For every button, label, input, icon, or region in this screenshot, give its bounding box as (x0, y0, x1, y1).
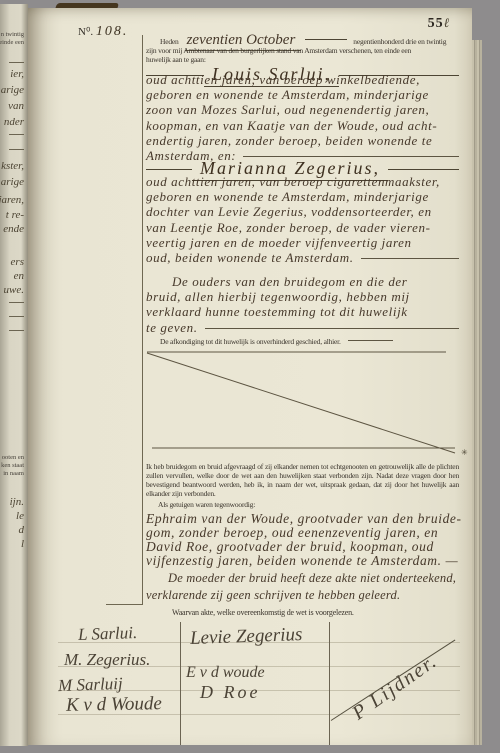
facing-text-fragment: en (14, 270, 24, 282)
facing-text-fragment: kster, (1, 160, 24, 172)
facing-text-fragment: arige (1, 84, 24, 96)
handwritten-line: zoon van Mozes Sarlui, oud negenendertig… (146, 102, 459, 117)
handwritten-text: oud, beiden wonende te Amsterdam. (146, 250, 354, 265)
facing-text-fragment: ende (3, 223, 24, 235)
facing-rule-fragment (9, 149, 24, 150)
handwritten-text: oud achttien jaren, van beroep winkelbed… (146, 72, 420, 87)
header-line2: zijn voor mij Ambtenaar van den burgerli… (146, 46, 459, 55)
handwritten-line: endertig jaren, zonder beroep, beiden wo… (146, 133, 459, 148)
handwritten-text: te geven. (146, 320, 198, 335)
facing-text-fragment: einde een (0, 39, 24, 46)
facing-rule-fragment (9, 330, 24, 331)
facing-text-fragment: uwe. (4, 284, 24, 296)
consent-statement: De ouders van den bruidegom en die der b… (146, 274, 459, 335)
facing-text-fragment: n twintig (1, 31, 24, 38)
facing-text-fragment: ken staat (1, 462, 24, 469)
handwritten-line: veertig jaren en de moeder vijfenveertig… (146, 235, 459, 250)
handwritten-text: dochter van Levie Zegerius, voddensortee… (146, 204, 432, 219)
witnesses-details: Ephraim van der Woude, grootvader van de… (146, 512, 459, 568)
handwritten-line: oud achttien jaren, van beroep winkelbed… (146, 72, 459, 87)
handwritten-text: De moeder der bruid heeft deze akte niet… (146, 570, 456, 587)
handwritten-text: gom, zonder beroep, oud eenenzeventig ja… (146, 526, 438, 540)
handwritten-text: veertig jaren en de moeder vijfenveertig… (146, 235, 412, 250)
signature-father-bride: Levie Zegerius (190, 624, 303, 650)
header-line3: huwelijk aan te gaan: (146, 55, 459, 64)
rule-segment (348, 340, 393, 341)
handwritten-line: van Leentje Roe, zonder beroep, de vader… (146, 220, 459, 235)
handwritten-line: geboren en wonende te Amsterdam, minderj… (146, 87, 459, 102)
stacked-pages-edge (472, 40, 482, 745)
handwritten-text: geboren en wonende te Amsterdam, minderj… (146, 87, 429, 102)
handwritten-line: Ephraim van der Woude, grootvader van de… (146, 512, 459, 526)
act-number-label: N⁰. (78, 26, 93, 38)
facing-page-edge: n twintig einde een ier, arige van nder … (0, 4, 28, 746)
rule-segment (146, 169, 192, 170)
handwritten-text: David Roe, grootvader der bruid, koopman… (146, 540, 434, 554)
banns-line: De afkondiging tot dit huwelijk is onver… (146, 337, 459, 346)
facing-rule-fragment (9, 302, 24, 303)
handwritten-line: dochter van Levie Zegerius, voddensortee… (146, 204, 459, 219)
handwritten-text: vijfenzestig jaren, beiden wonende te Am… (146, 554, 458, 568)
vows-paragraph: Ik heb bruidegom en bruid afgevraagd of … (146, 462, 459, 498)
bride-details: oud achttien jaren, van beroep cigarette… (146, 174, 459, 265)
handwritten-text: bruid, allen hierbij tegenwoordig, hebbe… (146, 289, 410, 304)
handwritten-text: zoon van Mozes Sarlui, oud negenendertig… (146, 102, 429, 117)
void-cross-out (143, 346, 463, 460)
facing-text-fragment: in naam (3, 470, 24, 477)
handwritten-line: vijfenzestig jaren, beiden wonende te Am… (146, 554, 459, 568)
facing-rule-fragment (9, 62, 24, 63)
form-margin-rule-bottom (106, 604, 143, 605)
facing-text-fragment: le (16, 510, 24, 522)
mother-note: De moeder der bruid heeft deze akte niet… (146, 570, 459, 603)
rule-segment (388, 169, 459, 170)
closing-line: Waarvan akte, welke overeenkomstig de we… (146, 608, 485, 617)
handwritten-text: geboren en wonende te Amsterdam, minderj… (146, 189, 429, 204)
void-asterisk: ✳ (461, 448, 468, 457)
act-number-value: 108. (96, 24, 129, 39)
header-year: negentienhonderd drie en twintig (353, 37, 446, 46)
handwritten-line: De ouders van den bruidegom en die der (146, 274, 459, 289)
witnesses-intro: Als getuigen waren tegenwoordig: (146, 500, 471, 509)
facing-text-fragment: ers (11, 256, 24, 268)
facing-text-fragment: arige (1, 176, 24, 188)
handwritten-line: verklarende zij geen schrijven te hebben… (146, 587, 459, 604)
signature-groom: L Sarlui. (78, 623, 138, 645)
handwritten-text: endertig jaren, zonder beroep, beiden wo… (146, 133, 432, 148)
signature-mother-groom: K v d Woude (66, 693, 162, 717)
handwritten-line: te geven. (146, 320, 459, 335)
signature-bride: M. Zegerius. (64, 650, 150, 670)
handwritten-text: van Leentje Roe, zonder beroep, de vader… (146, 220, 431, 235)
facing-text-fragment: ijn. (10, 496, 24, 508)
handwritten-line: verklaard hunne toestemming tot dit huwe… (146, 304, 459, 319)
handwritten-text: De ouders van den bruidegom en die der (146, 274, 407, 289)
handwritten-line: gom, zonder beroep, oud eenenzeventig ja… (146, 526, 459, 540)
groom-details: oud achttien jaren, van beroep winkelbed… (146, 72, 459, 163)
handwritten-line: geboren en wonende te Amsterdam, minderj… (146, 189, 459, 204)
document-page: 55ℓ N⁰. 108. Heden zeventien October neg… (28, 8, 472, 745)
facing-text-fragment: d (19, 524, 25, 536)
handwritten-line: koopman, en van Kaatje van der Woude, ou… (146, 118, 459, 133)
facing-text-fragment: jaren, (0, 194, 24, 206)
facing-text-fragment: l (21, 538, 24, 550)
facing-rule-fragment (9, 316, 24, 317)
handwritten-line: David Roe, grootvader der bruid, koopman… (146, 540, 459, 554)
handwritten-text: koopman, en van Kaatje van der Woude, ou… (146, 118, 437, 133)
signature-witness-woude: E v d woude (186, 664, 265, 682)
facing-text-fragment: ier, (10, 68, 24, 80)
handwritten-line: De moeder der bruid heeft deze akte niet… (146, 570, 459, 587)
facing-text-fragment: nder (4, 116, 24, 128)
photo-background: n twintig einde een ier, arige van nder … (0, 0, 500, 753)
form-margin-rule (142, 35, 143, 604)
rule-segment (205, 328, 459, 329)
handwritten-text: verklaard hunne toestemming tot dit huwe… (146, 304, 408, 319)
act-number: N⁰. 108. (78, 24, 128, 40)
signature-father-groom: M Sarluij (58, 674, 123, 696)
facing-text-fragment: ooten en (2, 454, 24, 461)
handwritten-text: oud achttien jaren, van beroep cigarette… (146, 174, 440, 189)
handwritten-text: verklarende zij geen schrijven te hebben… (146, 587, 400, 604)
rule-segment (243, 156, 459, 157)
handwritten-line: bruid, allen hierbij tegenwoordig, hebbe… (146, 289, 459, 304)
rule-segment (361, 258, 459, 259)
signature-witness-roe: D Roe (200, 682, 260, 703)
handwritten-line: oud achttien jaren, van beroep cigarette… (146, 174, 459, 189)
handwritten-text: Ephraim van der Woude, grootvader van de… (146, 512, 462, 526)
facing-text-fragment: van (8, 100, 24, 112)
header-pre: Heden (160, 37, 179, 46)
handwritten-line: oud, beiden wonende te Amsterdam. (146, 250, 459, 265)
facing-text-fragment: t re- (6, 209, 24, 221)
banns-text: De afkondiging tot dit huwelijk is onver… (146, 337, 341, 346)
facing-rule-fragment (9, 134, 24, 135)
